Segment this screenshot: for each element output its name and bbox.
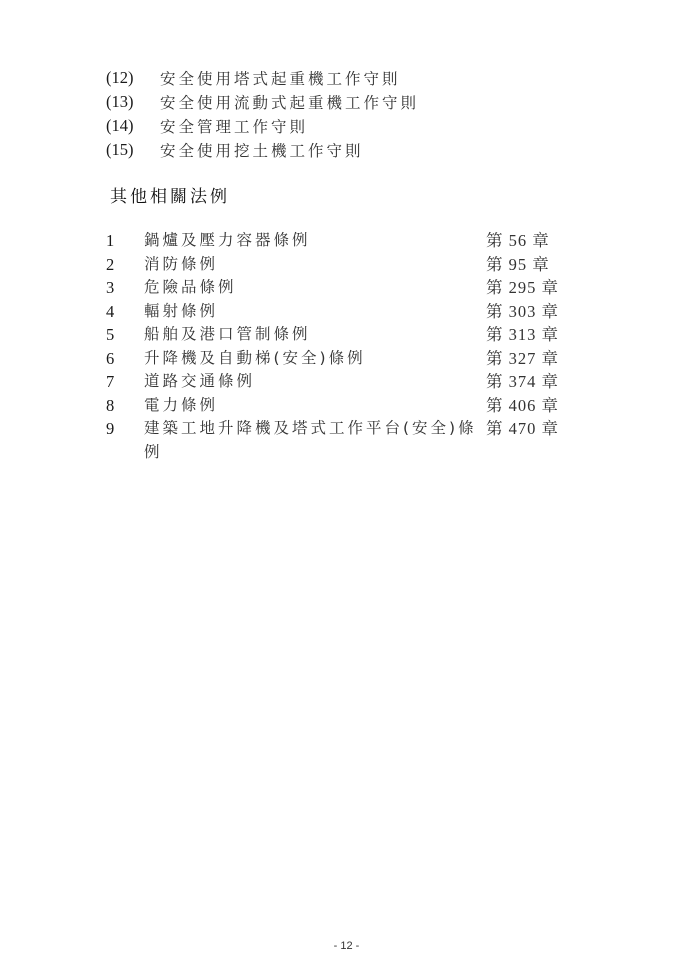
- table-row: 2 消防條例 第 95 章: [106, 253, 586, 277]
- table-row: 4 輻射條例 第 303 章: [106, 300, 586, 324]
- ordinance-name: 道路交通條例: [144, 370, 486, 394]
- list-item: (14) 安全管理工作守則: [106, 114, 419, 138]
- row-number: 8: [106, 394, 144, 418]
- chapter-number: 第 95 章: [486, 253, 550, 277]
- ordinance-name: 升降機及自動梯(安全)條例: [144, 347, 486, 371]
- table-row: 8 電力條例 第 406 章: [106, 394, 586, 418]
- ordinance-name: 危險品條例: [144, 276, 486, 300]
- item-title: 安全管理工作守則: [160, 115, 308, 137]
- chapter-number: 第 56 章: [486, 229, 550, 253]
- chapter-number: 第 313 章: [486, 323, 559, 347]
- chapter-number: 第 374 章: [486, 370, 559, 394]
- chapter-number: 第 327 章: [486, 347, 559, 371]
- row-number: 2: [106, 253, 144, 277]
- table-row: 3 危險品條例 第 295 章: [106, 276, 586, 300]
- list-item: (13) 安全使用流動式起重機工作守則: [106, 90, 419, 114]
- ordinance-name: 電力條例: [144, 394, 486, 418]
- item-number: (12): [106, 68, 160, 88]
- chapter-number: 第 406 章: [486, 394, 559, 418]
- list-item: (15) 安全使用挖土機工作守則: [106, 138, 419, 162]
- section-heading: 其他相關法例: [110, 182, 230, 207]
- row-number: 7: [106, 370, 144, 394]
- document-page: (12) 安全使用塔式起重機工作守則 (13) 安全使用流動式起重機工作守則 (…: [0, 0, 693, 980]
- row-number: 1: [106, 229, 144, 253]
- table-row: 1 鍋爐及壓力容器條例 第 56 章: [106, 229, 586, 253]
- row-number: 4: [106, 300, 144, 324]
- item-title: 安全使用挖土機工作守則: [160, 139, 364, 161]
- ordinance-name: 建築工地升降機及塔式工作平台(安全)條例: [144, 417, 486, 464]
- page-number: - 12 -: [0, 940, 693, 952]
- codes-of-practice-list: (12) 安全使用塔式起重機工作守則 (13) 安全使用流動式起重機工作守則 (…: [106, 66, 419, 162]
- ordinance-name: 消防條例: [144, 253, 486, 277]
- chapter-number: 第 303 章: [486, 300, 559, 324]
- ordinances-table: 1 鍋爐及壓力容器條例 第 56 章 2 消防條例 第 95 章 3 危險品條例…: [106, 229, 586, 464]
- table-row: 9 建築工地升降機及塔式工作平台(安全)條例 第 470 章: [106, 417, 586, 464]
- item-number: (14): [106, 116, 160, 136]
- ordinance-name: 船舶及港口管制條例: [144, 323, 486, 347]
- row-number: 3: [106, 276, 144, 300]
- item-number: (15): [106, 140, 160, 160]
- chapter-number: 第 295 章: [486, 276, 559, 300]
- row-number: 6: [106, 347, 144, 371]
- list-item: (12) 安全使用塔式起重機工作守則: [106, 66, 419, 90]
- item-title: 安全使用流動式起重機工作守則: [160, 91, 419, 113]
- item-number: (13): [106, 92, 160, 112]
- table-row: 6 升降機及自動梯(安全)條例 第 327 章: [106, 347, 586, 371]
- row-number: 9: [106, 417, 144, 441]
- chapter-number: 第 470 章: [486, 417, 559, 441]
- table-row: 5 船舶及港口管制條例 第 313 章: [106, 323, 586, 347]
- ordinance-name: 鍋爐及壓力容器條例: [144, 229, 486, 253]
- table-row: 7 道路交通條例 第 374 章: [106, 370, 586, 394]
- ordinance-name: 輻射條例: [144, 300, 486, 324]
- row-number: 5: [106, 323, 144, 347]
- item-title: 安全使用塔式起重機工作守則: [160, 67, 401, 89]
